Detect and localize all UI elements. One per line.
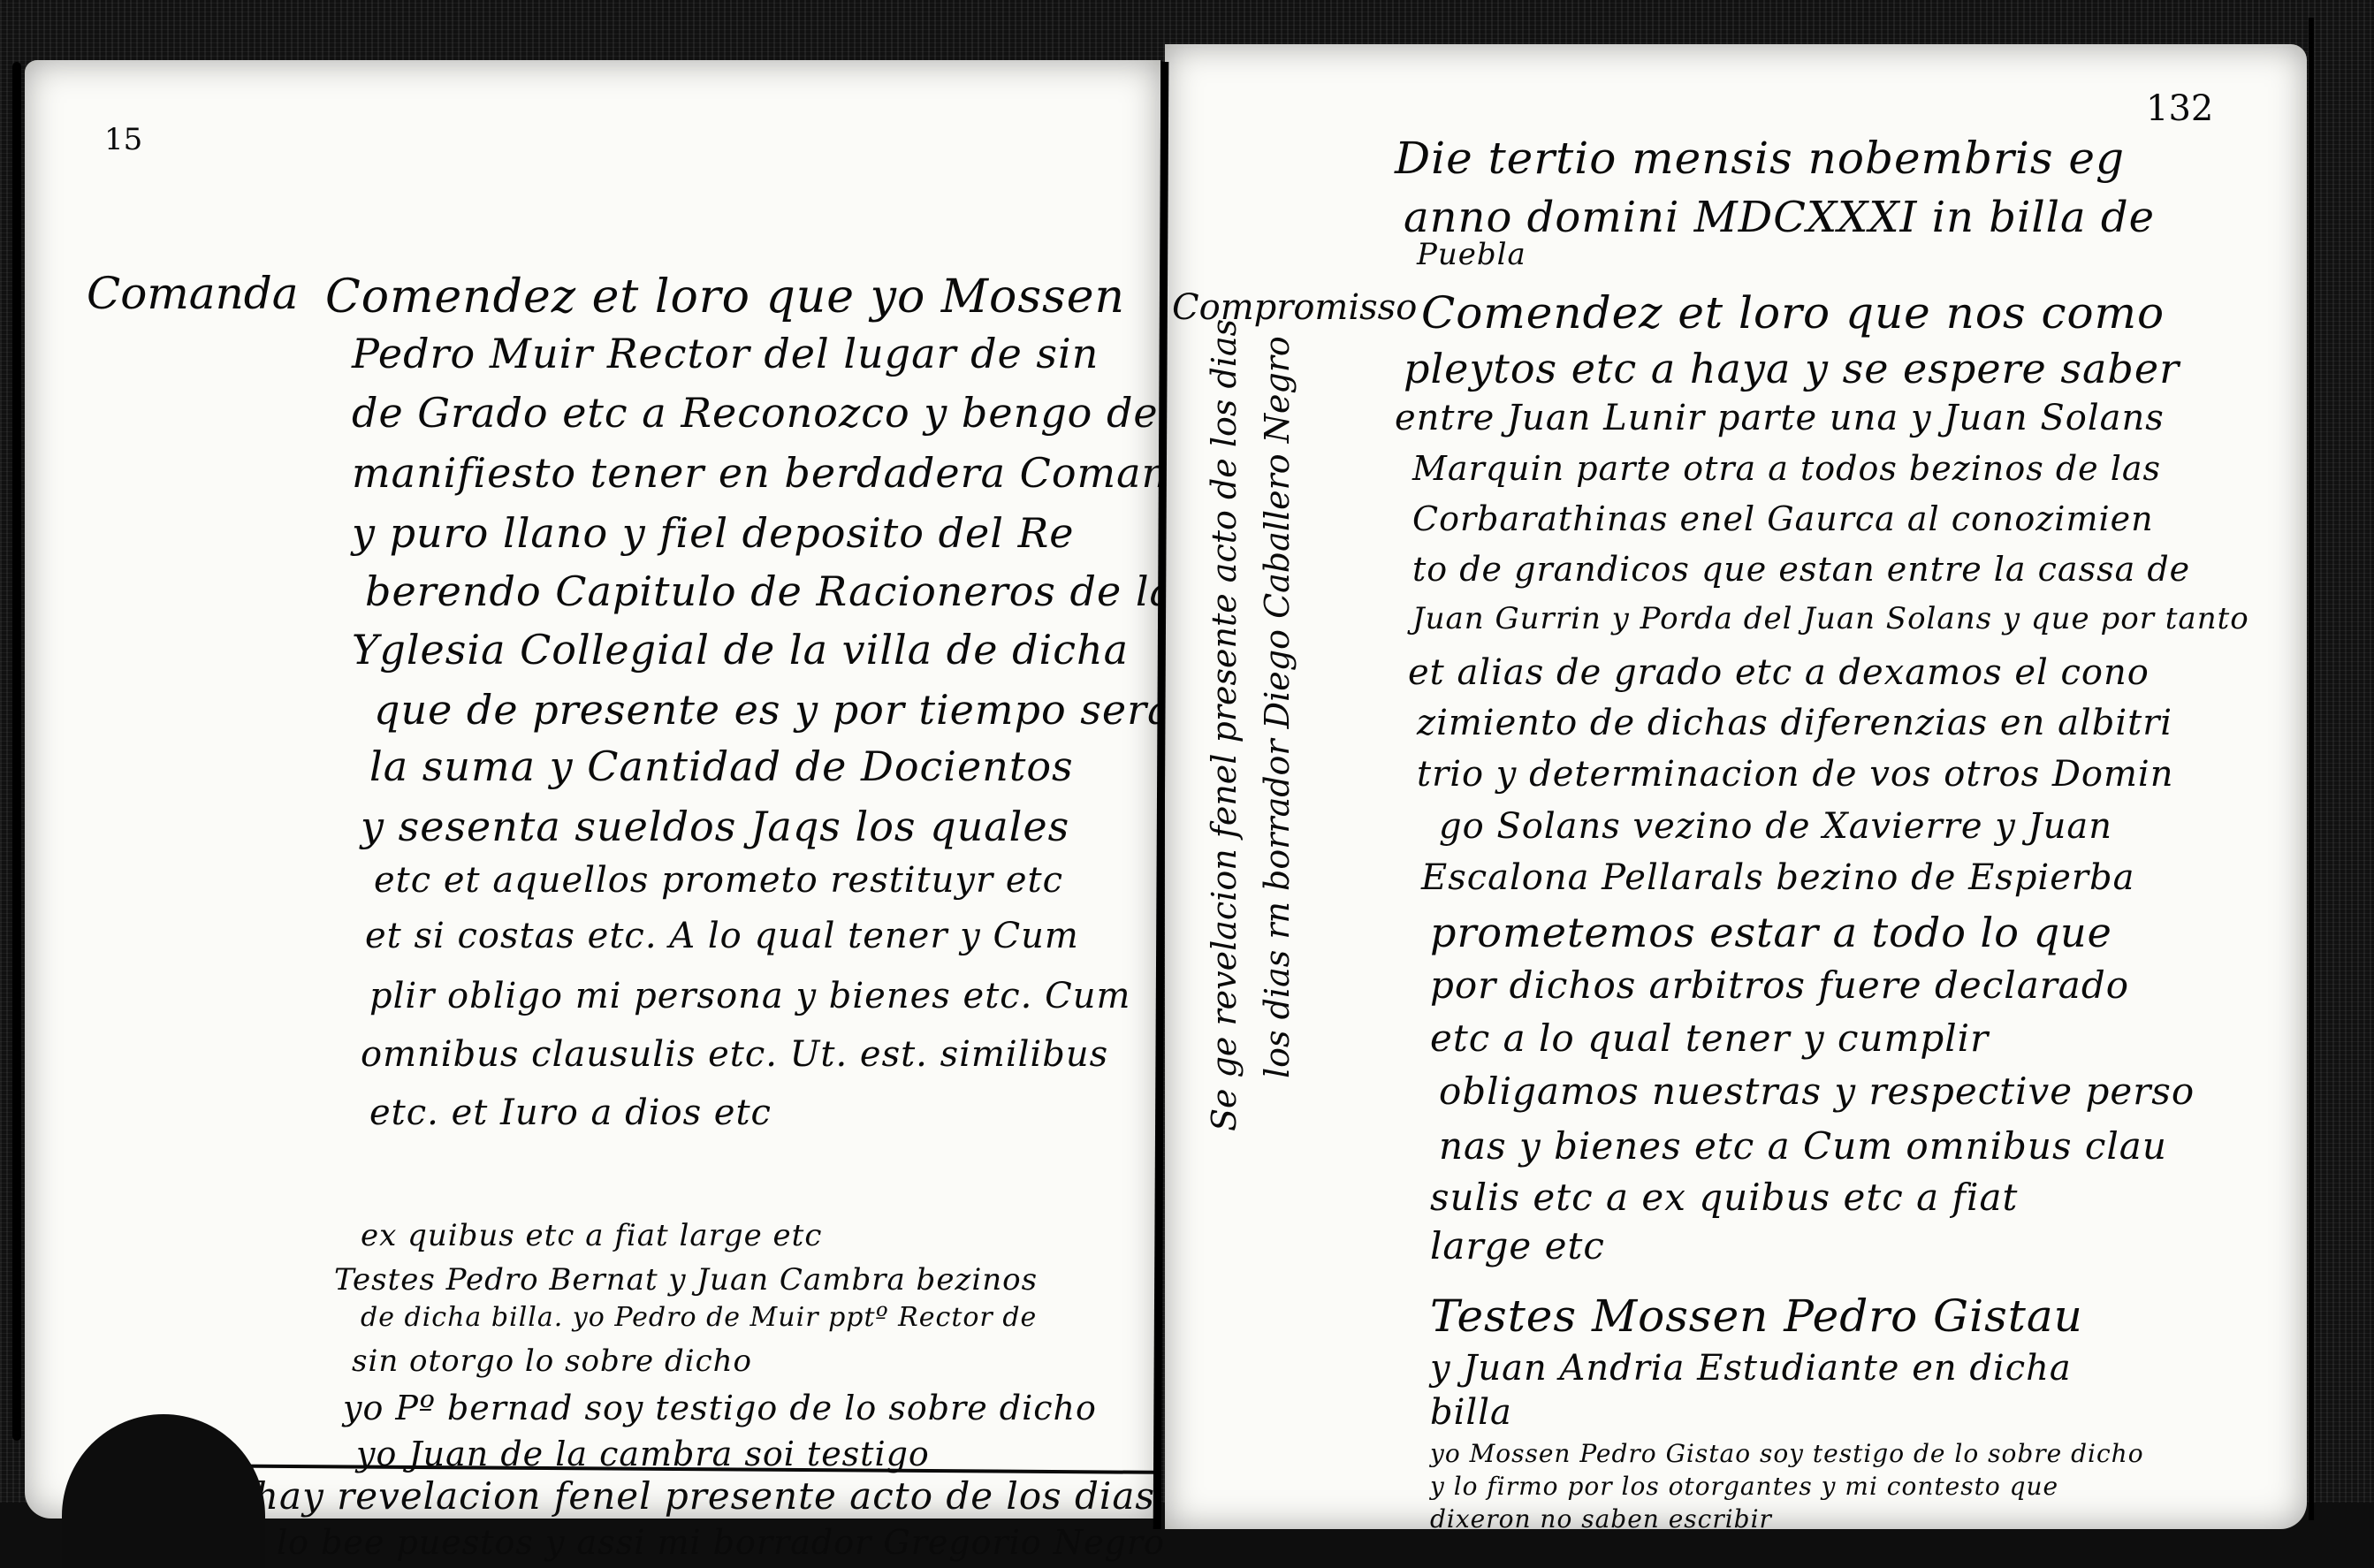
text-line: lo bee puestos y assi mi borrador Gregor… bbox=[277, 1523, 1165, 1562]
text-line: etc. et Iuro a dios etc bbox=[369, 1092, 772, 1133]
text-line: y Juan Andria Estudiante en dicha bbox=[1430, 1348, 2072, 1389]
text-line: Comendez et loro que yo Mossen bbox=[325, 270, 1125, 323]
text-line: Marquin parte otra a todos bezinos de la… bbox=[1412, 449, 2161, 488]
text-line: berendo Capitulo de Racioneros de la bbox=[365, 567, 1175, 615]
text-line: et si costas etc. A lo qual tener y Cum bbox=[365, 916, 1079, 956]
left-page-edge bbox=[12, 62, 21, 1441]
right-page-edge bbox=[2309, 18, 2314, 1520]
text-line: obligamos nuestras y respective perso bbox=[1439, 1069, 2195, 1113]
text-line: etc et aquellos prometo restituyr etc bbox=[374, 860, 1063, 901]
text-line: large etc bbox=[1430, 1224, 1605, 1267]
text-line: pleytos etc a haya y se espere saber bbox=[1404, 345, 2180, 392]
text-line: trio y determinacion de vos otros Domin bbox=[1417, 754, 2173, 795]
text-line: plir obligo mi persona y bienes etc. Cum bbox=[369, 976, 1130, 1016]
text-line: de dicha billa. yo Pedro de Muir pptº Re… bbox=[361, 1302, 1037, 1333]
text-line: Juan Gurrin y Porda del Juan Solans y qu… bbox=[1412, 601, 2249, 636]
text-line: por dichos arbitros fuere declarado bbox=[1430, 963, 2129, 1007]
text-line: y sesenta sueldos Jaqs los quales bbox=[361, 803, 1069, 850]
text-line: manifiesto tener en berdadera Comanda bbox=[352, 449, 1221, 497]
text-line: y lo firmo por los otorgantes y mi conte… bbox=[1430, 1472, 2058, 1501]
text-line: la suma y Cantidad de Docientos bbox=[369, 742, 1074, 790]
text-line: yo Pº bernad soy testigo de lo sobre dic… bbox=[343, 1389, 1097, 1427]
heading-line: Die tertio mensis nobembris eg bbox=[1395, 133, 2125, 184]
text-line: dixeron no saben escribir bbox=[1430, 1504, 1772, 1534]
text-line: zimiento de dichas diferenzias en albitr… bbox=[1417, 703, 2172, 743]
heading-line: Puebla bbox=[1417, 237, 1526, 272]
text-line: Escalona Pellarals bezino de Espierba bbox=[1421, 857, 2134, 898]
text-line: nas y bienes etc a Cum omnibus clau bbox=[1439, 1124, 2167, 1168]
text-line: omnibus clausulis etc. Ut. est. similibu… bbox=[361, 1034, 1108, 1075]
text-line: yo Mossen Pedro Gistao soy testigo de lo… bbox=[1430, 1439, 2144, 1468]
text-line: entre Juan Lunir parte una y Juan Solans bbox=[1395, 398, 2165, 438]
vertical-text-line: los dias rn borrador Diego Caballero Neg… bbox=[1258, 336, 1297, 1078]
folio-mark: 15 bbox=[104, 122, 142, 157]
text-line: to de grandicos que estan entre la cassa… bbox=[1412, 550, 2190, 589]
text-line: go Solans vezino de Xavierre y Juan bbox=[1439, 806, 2112, 847]
text-line: etc a lo qual tener y cumplir bbox=[1430, 1016, 1989, 1060]
right-page: 132 Die tertio mensis nobembris eg anno … bbox=[1165, 44, 2307, 1529]
text-line: hay revelacion fenel presente acto de lo… bbox=[255, 1474, 1155, 1518]
text-line: Corbarathinas enel Gaurca al conozimien bbox=[1412, 499, 2154, 538]
text-line: que de presente es y por tiempo sera bbox=[374, 686, 1173, 734]
text-line: prometemos estar a todo lo que bbox=[1430, 909, 2112, 956]
text-line: Comendez et loro que nos como bbox=[1421, 287, 2165, 339]
left-page: 15 Comanda Comendez et loro que yo Mosse… bbox=[25, 60, 1160, 1519]
text-line: et alias de grado etc a dexamos el cono bbox=[1408, 652, 2150, 693]
margin-label-comanda: Comanda bbox=[87, 268, 299, 319]
text-line: Yglesia Collegial de la villa de dicha bbox=[352, 626, 1129, 674]
page-number: 132 bbox=[2146, 88, 2213, 129]
text-line: sulis etc a ex quibus etc a fiat bbox=[1430, 1176, 2018, 1219]
text-line: y puro llano y fiel deposito del Re bbox=[352, 509, 1074, 557]
text-line: Pedro Muir Rector del lugar de sin bbox=[352, 330, 1099, 377]
text-line: sin otorgo lo sobre dicho bbox=[352, 1343, 752, 1379]
text-line: de Grado etc a Reconozco y bengo de bbox=[352, 389, 1159, 437]
text-line: Testes Pedro Bernat y Juan Cambra bezino… bbox=[334, 1262, 1038, 1298]
text-line: billa bbox=[1430, 1392, 1512, 1433]
text-line: Testes Mossen Pedro Gistau bbox=[1430, 1290, 2083, 1342]
text-line: ex quibus etc a fiat large etc bbox=[361, 1218, 822, 1253]
vertical-text-line: Se ge revelacion fenel presente acto de … bbox=[1205, 319, 1244, 1131]
heading-line: anno domini MDCXXXI in billa de bbox=[1404, 193, 2155, 242]
